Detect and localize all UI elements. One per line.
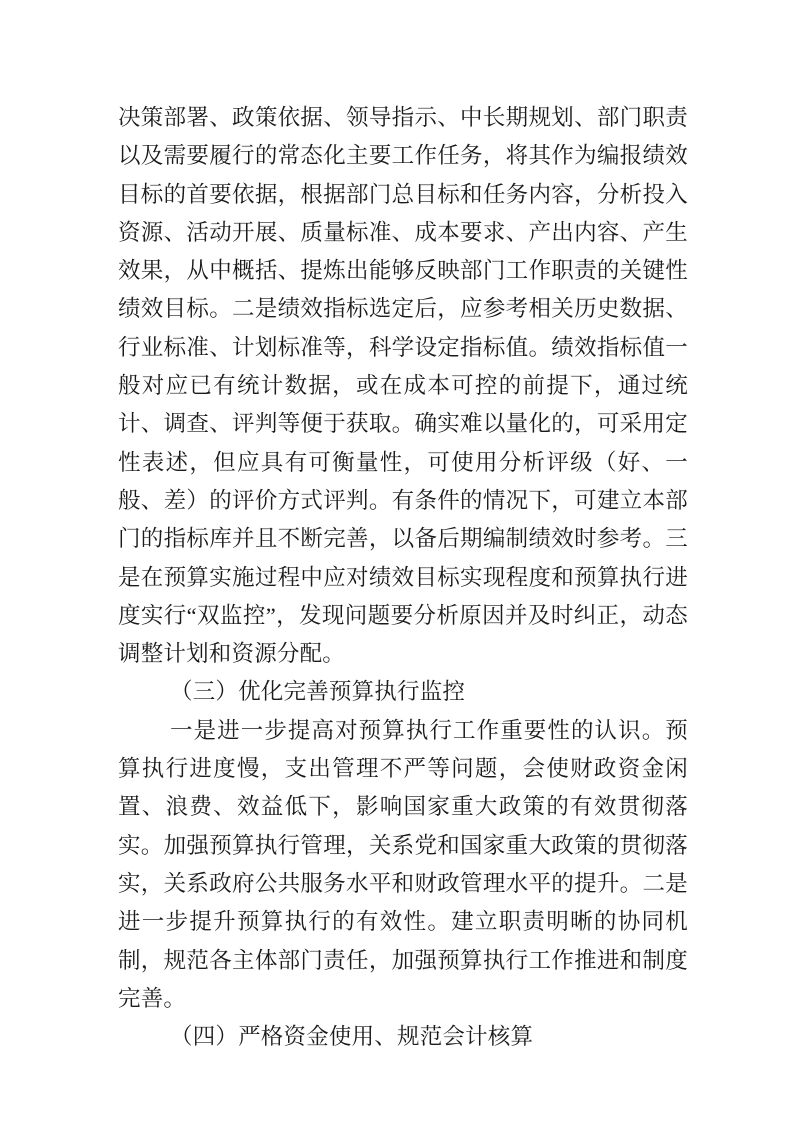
section-heading-4: （四）严格资金使用、规范会计核算 [118,1018,688,1056]
document-page: 决策部署、政策依据、领导指示、中长期规划、部门职责以及需要履行的常态化主要工作任… [0,0,793,1122]
body-paragraph: 一是进一步提高对预算执行工作重要性的认识。预算执行进度慢，支出管理不严等问题，会… [118,712,688,1018]
section-heading-3: （三）优化完善预算执行监控 [118,673,688,711]
page-text-block: 决策部署、政策依据、领导指示、中长期规划、部门职责以及需要履行的常态化主要工作任… [118,99,688,1056]
body-paragraph-continuation: 决策部署、政策依据、领导指示、中长期规划、部门职责以及需要履行的常态化主要工作任… [118,99,688,673]
